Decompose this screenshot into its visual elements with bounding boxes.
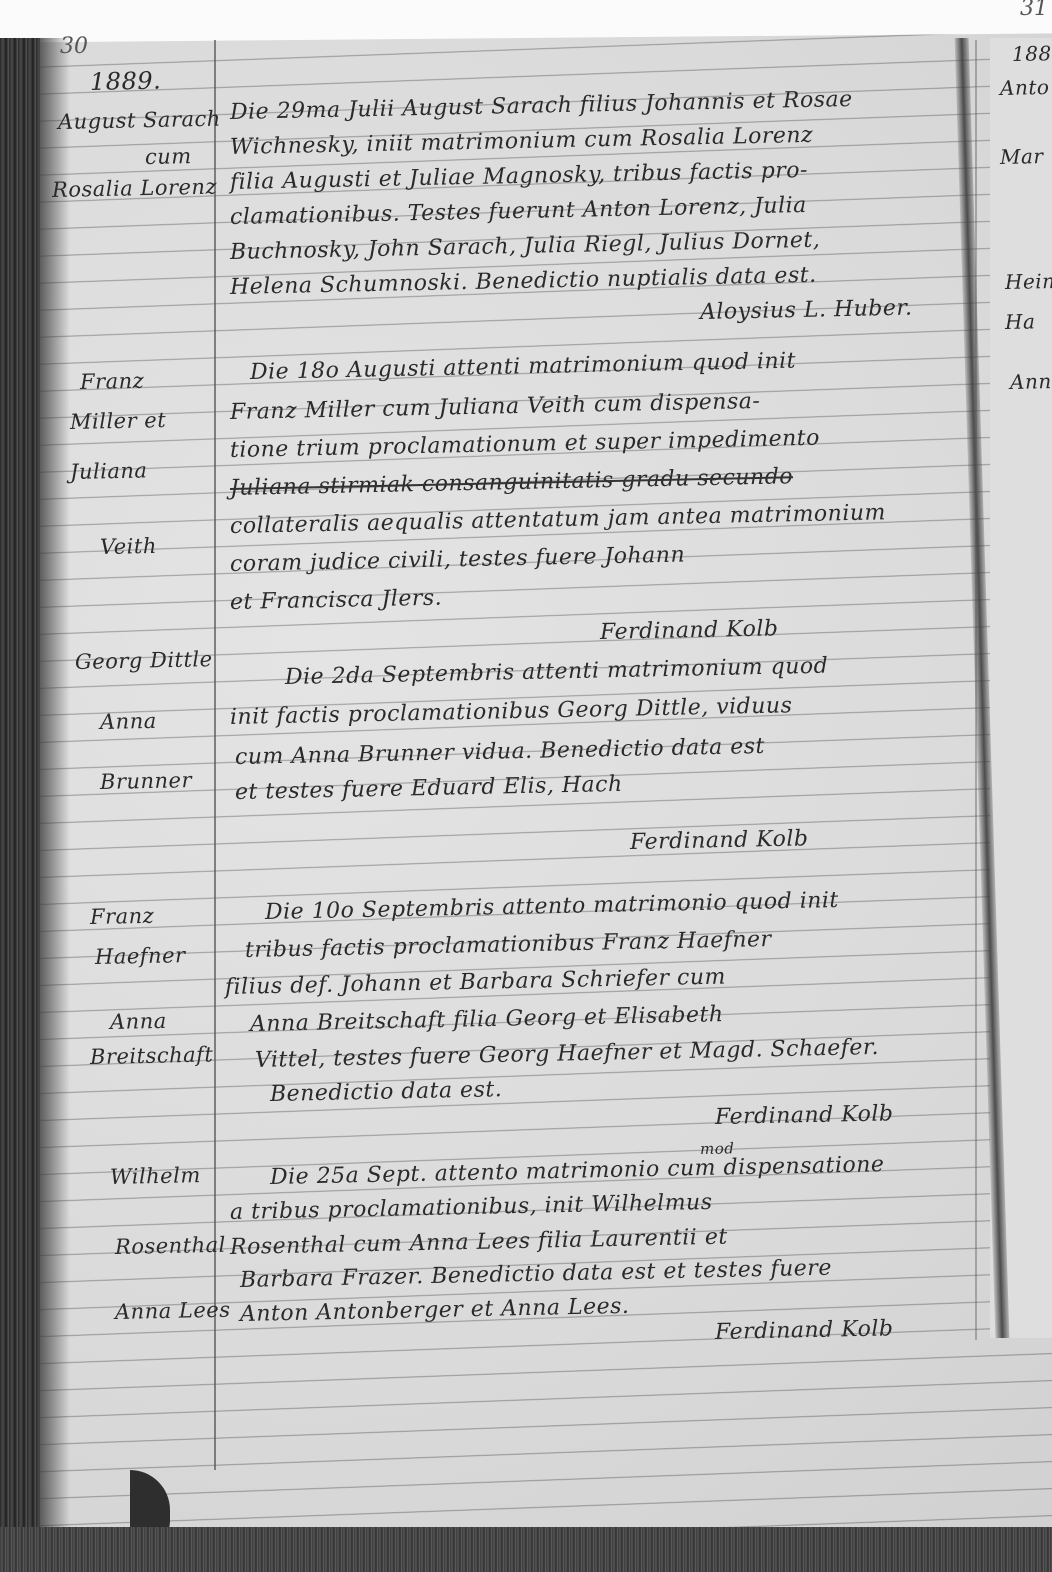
entry-3-bride-last: Brunner xyxy=(100,768,192,794)
entry-1-cum: cum xyxy=(145,144,192,169)
entry-2-bride-first: Juliana xyxy=(70,458,148,484)
entry-3-signature: Ferdinand Kolb xyxy=(630,826,809,855)
entry-1-bride: Rosalia Lorenz xyxy=(52,175,217,202)
entry-2-groom-last: Miller et xyxy=(70,408,167,434)
entry-4-signature: Ferdinand Kolb xyxy=(715,1101,894,1130)
page-number-right: 31 xyxy=(1020,0,1048,21)
right-column-rule xyxy=(975,40,977,1340)
entry-5-bride: Anna Lees xyxy=(115,1298,231,1324)
facing-page-fragment: Hein xyxy=(1005,269,1052,294)
entry-1-signature: Aloysius L. Huber. xyxy=(700,296,913,325)
facing-page-fragment: Anna xyxy=(1010,369,1052,394)
entry-5-groom-last: Rosenthal xyxy=(115,1233,226,1259)
entry-2-groom-first: Franz xyxy=(80,369,145,394)
entry-5-groom-first: Wilhelm xyxy=(110,1163,201,1189)
facing-page-fragment: Anto xyxy=(1000,75,1050,100)
entry-2-bride-last: Veith xyxy=(100,534,157,559)
spine-shadow xyxy=(40,38,70,1572)
entry-4-line: Benedictio data est. xyxy=(270,1077,503,1107)
entry-3-groom: Georg Dittle xyxy=(75,647,213,674)
facing-page-fragment: 188 xyxy=(1012,41,1052,66)
entry-5-signature: Ferdinand Kolb xyxy=(715,1316,894,1345)
entry-4-groom-last: Haefner xyxy=(95,943,186,969)
entry-4-bride-first: Anna xyxy=(110,1009,167,1034)
entry-2-signature: Ferdinand Kolb xyxy=(600,616,779,645)
entry-4-bride-last: Breitschaft xyxy=(90,1042,214,1069)
entry-1-groom: August Sarach xyxy=(58,107,221,134)
entry-3-bride-first: Anna xyxy=(100,709,157,734)
entry-4-groom-first: Franz xyxy=(90,904,155,929)
scan-bottom-edge xyxy=(0,1527,1052,1572)
register-page xyxy=(0,33,1052,1572)
year-heading: 1889. xyxy=(90,67,162,96)
facing-page-fragment: Mar xyxy=(1000,144,1044,169)
entry-2-line: et Francisca Jlers. xyxy=(230,586,443,615)
page-number-left: 30 xyxy=(60,34,88,59)
facing-page-fragment: Ha xyxy=(1005,309,1036,334)
book-spine xyxy=(0,38,40,1572)
